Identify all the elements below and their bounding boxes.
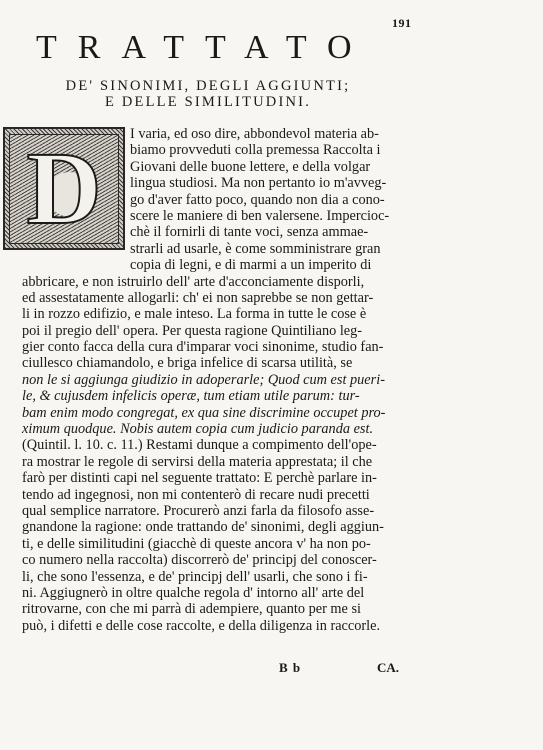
text-line: gnandone la ragione: onde trattando de' … — [22, 519, 432, 535]
text-line: ni. Aggiugnerò in oltre qualche regola d… — [22, 585, 432, 601]
text-line: gier conto facca della cura d'imparar vo… — [22, 339, 432, 355]
text-line: (Quintil. l. 10. c. 11.) Restami dunque … — [22, 437, 432, 453]
text-line: chè il fornirli di tante voci, senza amm… — [22, 224, 432, 240]
text-line: I varia, ed oso dire, abbondevol materia… — [22, 126, 432, 142]
text-line: strarli ad usarle, è come somministrare … — [22, 241, 432, 257]
text-line: non le si aggiunga giudizio in adoperarl… — [22, 372, 432, 388]
text-line: go d'aver fatto poco, quando non dia a c… — [22, 192, 432, 208]
text-line: scere le maniere di ben valersene. Imper… — [22, 208, 432, 224]
text-line: bam enim modo congregat, ex qua sine dis… — [22, 405, 432, 421]
text-line: Giovani delle buone lettere, e della vol… — [22, 159, 432, 175]
text-line: ciullesco chiamandolo, e briga infelice … — [22, 355, 432, 371]
text-line: può, i difetti e delle cose raccolte, e … — [22, 618, 432, 634]
text-line: li, che sono l'essenza, e de' principj d… — [22, 569, 432, 585]
text-line: tendo ad ingegnosi, non mi contenterò di… — [22, 487, 432, 503]
text-line: abbricare, e non istruirlo dell' arte d'… — [22, 274, 432, 290]
text-line: le, & cujusdem infelicis operæ, tum etia… — [22, 388, 432, 404]
text-line: ti, e delle similitudini (giacchè di que… — [22, 536, 432, 552]
signature-mark: B b — [279, 660, 301, 676]
subtitle-line: E DELLE SIMILITUDINI. — [8, 94, 408, 110]
subtitle-line: DE' SINONIMI, DEGLI AGGIUNTI; — [8, 78, 408, 94]
text-line: li in rozzo edifizio, e male inteso. La … — [22, 306, 432, 322]
text-line: farò per distinti capi nel seguente trat… — [22, 470, 432, 486]
body-text: I varia, ed oso dire, abbondevol materia… — [22, 126, 432, 634]
text-line: ed assestatamente allogarli: ch' ei non … — [22, 290, 432, 306]
text-line: ximum quodque. Nobis autem copia cum jud… — [22, 421, 432, 437]
text-line: copia di legni, e di marmi a un imperito… — [22, 257, 432, 273]
text-line: poi il pregio dell' opera. Per questa ra… — [22, 323, 432, 339]
text-line: ra mostrar le regole di servirsi della m… — [22, 454, 432, 470]
catchword: CA. — [377, 660, 399, 676]
text-line: qual semplice narratore. Procurerò anzi … — [22, 503, 432, 519]
text-line: biamo provveduti colla premessa Raccolta… — [22, 142, 432, 158]
text-line: ritrovarne, con che mi parrà di adempier… — [22, 601, 432, 617]
page-title: TRATTATO — [36, 28, 406, 68]
text-line: co numero nella raccolta) discorrerò de'… — [22, 552, 432, 568]
text-line: lingua studiosi. Ma non pertanto io m'av… — [22, 175, 432, 191]
page-subtitle: DE' SINONIMI, DEGLI AGGIUNTI; E DELLE SI… — [8, 78, 408, 110]
